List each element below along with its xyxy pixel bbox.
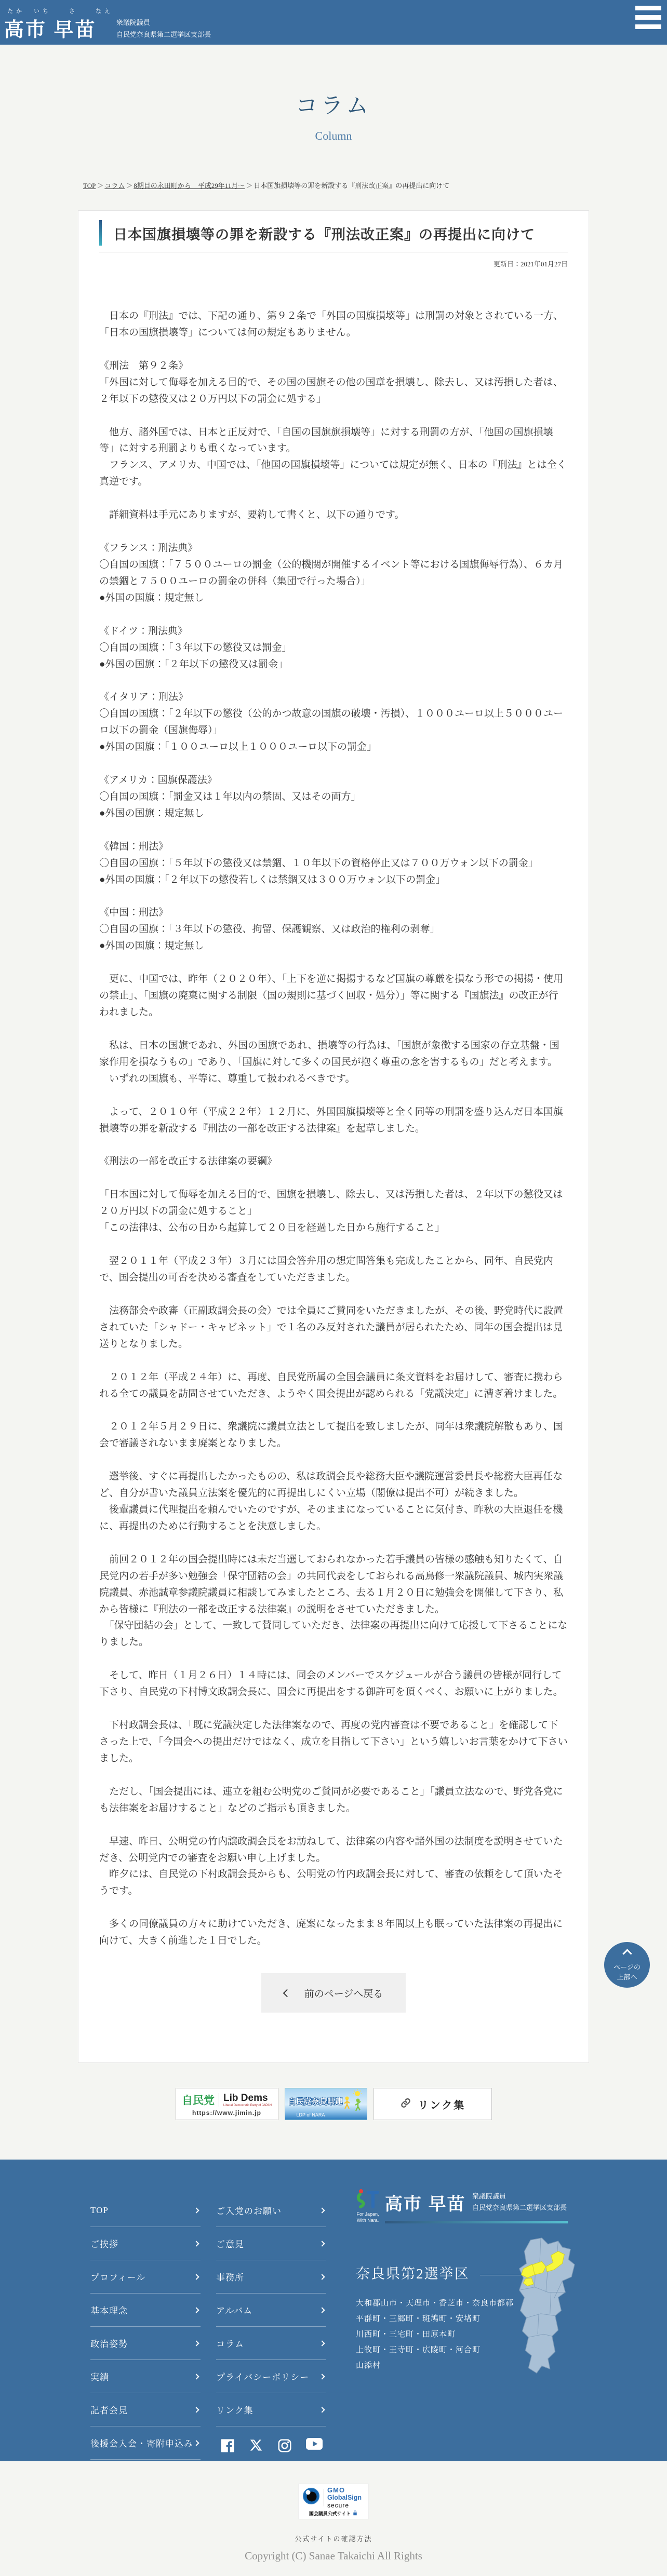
footer-nav-item[interactable]: コラム bbox=[216, 2327, 326, 2360]
footer-nav-item[interactable]: 事務所 bbox=[216, 2260, 326, 2294]
footer-nav-label: リンク集 bbox=[216, 2403, 254, 2416]
breadcrumb-separator: ＞ bbox=[126, 182, 132, 190]
article-paragraph: 多くの同僚議員の方々に助けていただき、廃案になったまま８年間以上も眠っていた法律… bbox=[99, 1916, 568, 1949]
nara-district-map bbox=[505, 2236, 577, 2383]
footer-nav-label: 事務所 bbox=[216, 2270, 244, 2283]
hamburger-bar bbox=[635, 24, 661, 29]
breadcrumb: TOP＞コラム＞8期目の永田町から 平成29年11月～＞日本国旗損壊等の罪を新設… bbox=[83, 180, 667, 190]
footer-nav-item[interactable]: ご意見 bbox=[216, 2227, 326, 2260]
official-site-verify-link[interactable]: 公式サイトの確認方法 bbox=[0, 2533, 667, 2543]
chevron-right-icon bbox=[193, 2207, 199, 2213]
site-logo[interactable]: 高市 早苗 bbox=[4, 14, 97, 42]
back-to-top-label-line1: ページの bbox=[613, 1963, 641, 1971]
footer-logo-name[interactable]: 高市 早苗 bbox=[385, 2190, 465, 2215]
footer-nav-item[interactable]: リンク集 bbox=[216, 2393, 326, 2426]
page: たか いち さ なえ 高市 早苗 衆議院議員 自民党奈良県第二選挙区支部長 コラ… bbox=[0, 0, 667, 2576]
article-paragraph: 《フランス：刑法典》 〇自国の国旗：「７５００ユーロの罰金（公的機関が開催するイ… bbox=[99, 540, 568, 606]
footer-logo-subtitle-line1: 衆議院議員 bbox=[472, 2191, 567, 2202]
district-areas: 大和郡山市・天理市・香芝市・奈良市都祁平群町・三郷町・斑鳩町・安堵町川西町・三宅… bbox=[356, 2296, 514, 2373]
footer-logo-subtitle-line2: 自民党奈良県第二選挙区支部長 bbox=[472, 2202, 567, 2214]
footer-nav-label: プロフィール bbox=[90, 2270, 145, 2283]
banner-link-collection[interactable]: リンク集 bbox=[373, 2088, 492, 2120]
footer-nav-label: ご入党のお願い bbox=[216, 2204, 282, 2217]
x-twitter-icon[interactable] bbox=[249, 2438, 263, 2456]
footer-logo-gradient-line bbox=[385, 2221, 568, 2223]
article-paragraph: 他方、諸外国では、日本と正反対で、「自国の国旗旗損壊等」に対する刑罰の方が、「他… bbox=[99, 424, 568, 491]
link-icon bbox=[399, 2097, 412, 2112]
gmo-brand: GMO bbox=[327, 2487, 362, 2493]
footer-nav-label: ご挨拶 bbox=[90, 2237, 118, 2250]
footer-nav-label: 後援会入会・寄附申込み bbox=[90, 2436, 193, 2449]
back-to-previous-page-button[interactable]: 前のページへ戻る bbox=[261, 1973, 406, 2013]
footer-nav-item[interactable]: プロフィール bbox=[90, 2260, 201, 2294]
district-area-line: 山添村 bbox=[356, 2358, 514, 2373]
chevron-right-icon bbox=[319, 2274, 325, 2280]
article-date: 更新日：2021年01月27日 bbox=[99, 259, 568, 268]
chevron-right-icon bbox=[193, 2307, 199, 2313]
logo-subtitle: 衆議院議員 自民党奈良県第二選挙区支部長 bbox=[116, 17, 211, 41]
footer-nav-right: ご入党のお願いご意見事務所アルバムコラムプライバシーポリシーリンク集 bbox=[216, 2194, 326, 2456]
article-paragraph: ２０１２年５月２９日に、衆議院に議員立法として提出を致しましたが、同年は衆議院解… bbox=[99, 1419, 568, 1452]
article-paragraph: 《韓国：刑法》 〇自国の国旗：「５年以下の懲役又は禁錮、１０年以下の資格停止又は… bbox=[99, 839, 568, 888]
article-paragraph: そして、昨日（１月２６日）１４時には、同会のメンバーでスケジュールが合う議員の皆… bbox=[99, 1667, 568, 1701]
footer-logo-subtitle: 衆議院議員 自民党奈良県第二選挙区支部長 bbox=[472, 2191, 567, 2214]
ldp-logo-text: 自民党 bbox=[182, 2092, 215, 2108]
youtube-icon[interactable] bbox=[306, 2438, 323, 2456]
link-collection-label: リンク集 bbox=[418, 2097, 466, 2112]
chevron-right-icon bbox=[193, 2274, 199, 2280]
chevron-right-icon bbox=[319, 2207, 325, 2213]
banner-ldp-nara[interactable]: 自民党奈良県連 LDP of NARA bbox=[285, 2088, 367, 2120]
footer-nav-left: TOPご挨拶プロフィール基本理念政治姿勢実績記者会見後援会入会・寄附申込み bbox=[90, 2194, 201, 2460]
article-paragraph: 更に、中国では、昨年（２０２０年）、「上下を逆に掲揚するなど国旗の尊厳を損なう形… bbox=[99, 971, 568, 1021]
district-area-line: 川西町・三宅町・田原本町 bbox=[356, 2327, 514, 2342]
sun-and-figures-illustration bbox=[341, 2089, 366, 2115]
footer-nav-item[interactable]: 後援会入会・寄附申込み bbox=[90, 2426, 201, 2460]
gmo-globalsign-seal[interactable]: GMO GlobalSign secure 国会議員公式サイト bbox=[299, 2484, 368, 2519]
article-card: 日本国旗損壊等の罪を新設する『刑法改正案』の再提出に向けて 更新日：2021年0… bbox=[78, 210, 589, 2063]
article-paragraph: 《刑法の一部を改正する法律案の要綱》 bbox=[99, 1153, 568, 1170]
title-accent-bar bbox=[99, 220, 102, 246]
page-title-section: コラム Column bbox=[0, 45, 667, 143]
article-paragraph: 早速、昨日、公明党の竹内譲政調会長をお訪ねして、法律案の内容や諸外国の法制度を説… bbox=[99, 1833, 568, 1900]
article-paragraph: 私は、日本の国旗であれ、外国の国旗であれ、損壊等の行為は、「国旗が象徴する国家の… bbox=[99, 1037, 568, 1087]
hamburger-bar bbox=[635, 15, 661, 20]
logo-subtitle-line1: 衆議院議員 bbox=[116, 17, 211, 29]
article-paragraph: 《イタリア：刑法》 〇自国の国旗：「２年以下の懲役（公的かつ故意の国旗の破壊・汚… bbox=[99, 689, 568, 756]
district-title: 奈良県第2選挙区 bbox=[356, 2262, 530, 2283]
site-header: たか いち さ なえ 高市 早苗 衆議院議員 自民党奈良県第二選挙区支部長 bbox=[0, 0, 667, 45]
article-paragraph: 翌２０１１年（平成２３年）３月には国会答弁用の想定問答集も完成したことから、同年… bbox=[99, 1253, 568, 1286]
article-paragraph: 下村政調会長は、「既に党議決定した法律案なので、再度の党内審査は不要であること」… bbox=[99, 1717, 568, 1767]
footer-nav-label: プライバシーポリシー bbox=[216, 2370, 309, 2383]
breadcrumb-link[interactable]: コラム bbox=[104, 182, 125, 190]
page-title: コラム bbox=[0, 88, 667, 120]
article-body: 日本の『刑法』では、下記の通り、第９２条で「外国の国旗損壊等」は刑罰の対象とされ… bbox=[99, 268, 568, 1949]
footer-nav-item[interactable]: 記者会見 bbox=[90, 2393, 201, 2426]
article-paragraph: 《アメリカ：国旗保護法》 〇自国の国旗：「罰金又は１年以内の禁固、又はその両方」… bbox=[99, 772, 568, 822]
chevron-right-icon bbox=[319, 2241, 325, 2246]
footer-nav-item[interactable]: プライバシーポリシー bbox=[216, 2360, 326, 2393]
chevron-right-icon bbox=[193, 2407, 199, 2412]
breadcrumb-separator: ＞ bbox=[246, 182, 252, 190]
article-paragraph: ただし、「国会提出には、連立を組む公明党のご賛同が必要であること」「議員立法なの… bbox=[99, 1784, 568, 1817]
footer-nav-item[interactable]: 実績 bbox=[90, 2360, 201, 2393]
back-button-label: 前のページへ戻る bbox=[304, 1986, 383, 2000]
footer-nav-item[interactable]: 政治姿勢 bbox=[90, 2327, 201, 2360]
copyright: Copyright (C) Sanae Takaichi All Rights bbox=[0, 2550, 667, 2562]
article-paragraph: 法務部会や政審（正副政調会長の会）では全員にご賛同をいただきましたが、その後、野… bbox=[99, 1303, 568, 1353]
footer-nav-label: 記者会見 bbox=[90, 2403, 128, 2416]
chevron-right-icon bbox=[193, 2241, 199, 2246]
article-paragraph: 日本の『刑法』では、下記の通り、第９２条で「外国の国旗損壊等」は刑罰の対象とされ… bbox=[99, 308, 568, 341]
footer-nav-item[interactable]: TOP bbox=[90, 2194, 201, 2227]
hamburger-menu-icon[interactable] bbox=[635, 6, 661, 31]
social-icons-row bbox=[216, 2426, 326, 2456]
footer-nav-label: ご意見 bbox=[216, 2237, 244, 2250]
libdems-text: Lib Dems bbox=[223, 2093, 272, 2103]
footer-nav-item[interactable]: ご挨拶 bbox=[90, 2227, 201, 2260]
article-paragraph: よって、２０１０年（平成２２年）１２月に、外国国旗損壊等と全く同等の刑罰を盛り込… bbox=[99, 1104, 568, 1137]
article-paragraph: 「日本国に対して侮辱を加える目的で、国旗を損壊し、除去し、又は汚損した者は、２年… bbox=[99, 1186, 568, 1236]
chevron-right-icon bbox=[193, 2440, 199, 2446]
chevron-right-icon bbox=[319, 2340, 325, 2346]
divider bbox=[219, 2093, 219, 2107]
footer-nav-label: アルバム bbox=[216, 2303, 252, 2316]
st-mark-caption: For Japan, With Nara. bbox=[356, 2211, 380, 2223]
breadcrumb-current: 日本国旗損壊等の罪を新設する『刑法改正案』の再提出に向けて bbox=[254, 182, 449, 190]
footer-nav-item[interactable]: 基本理念 bbox=[90, 2294, 201, 2327]
back-to-top-label-line2: 上部へ bbox=[617, 1973, 637, 1981]
footer-nav-item[interactable]: アルバム bbox=[216, 2294, 326, 2327]
facebook-icon[interactable] bbox=[220, 2438, 235, 2456]
article-paragraph: ２０１２年（平成２４年）に、再度、自民党所属の全国会議員に条文資料をお届けして、… bbox=[99, 1369, 568, 1402]
district-area-line: 上牧町・王寺町・広陵町・河合町 bbox=[356, 2342, 514, 2358]
footer-nav-label: 政治姿勢 bbox=[90, 2337, 128, 2350]
article-paragraph: 《中国：刑法》 〇自国の国旗：「３年以下の懲役、拘留、保護観察、又は政治的権利の… bbox=[99, 905, 568, 954]
official-site-caption: 国会議員公式サイト bbox=[309, 2510, 351, 2517]
article-paragraph: 《ドイツ：刑法典》 〇自国の国旗：「３年以下の懲役又は罰金」 ●外国の国旗：「２… bbox=[99, 623, 568, 673]
chevron-right-icon bbox=[193, 2373, 199, 2379]
footer-nav-label: 実績 bbox=[90, 2370, 109, 2383]
district-area-line: 平群町・三郷町・斑鳩町・安堵町 bbox=[356, 2311, 514, 2327]
article-paragraph: 詳細資料は手元にありますが、要約して書くと、以下の通りです。 bbox=[99, 507, 568, 523]
article-paragraph: 《刑法 第９２条》 「外国に対して侮辱を加える目的で、その国の国旗その他の国章を… bbox=[99, 358, 568, 408]
footer-nav-label: コラム bbox=[216, 2337, 244, 2350]
instagram-icon[interactable] bbox=[277, 2438, 292, 2456]
footer-nav-label: 基本理念 bbox=[90, 2303, 128, 2316]
chevron-up-icon bbox=[622, 1949, 632, 1958]
bottom-strip: GMO GlobalSign secure 国会議員公式サイト 公式サイトの確認… bbox=[0, 2461, 667, 2576]
footer-nav-item[interactable]: ご入党のお願い bbox=[216, 2194, 326, 2227]
hamburger-bar bbox=[635, 6, 661, 10]
article-paragraph: 選挙後、すぐに再提出したかったものの、私は政調会長や総務大臣や議院運営委員長や総… bbox=[99, 1468, 568, 1535]
divider bbox=[324, 2489, 324, 2506]
banner-ldp-japan[interactable]: 自民党 Lib Dems Liberal Democratic Party of… bbox=[176, 2088, 278, 2120]
logo-subtitle-line2: 自民党奈良県第二選挙区支部長 bbox=[116, 29, 211, 41]
ldp-nara-text: 自民党奈良県連 bbox=[288, 2096, 343, 2107]
libdems-subtext: Liberal Democratic Party of JAPAN bbox=[223, 2104, 272, 2107]
chevron-right-icon bbox=[319, 2373, 325, 2379]
secure-label: secure bbox=[327, 2502, 362, 2508]
globalsign-label: GlobalSign bbox=[327, 2494, 362, 2501]
article-title: 日本国旗損壊等の罪を新設する『刑法改正案』の再提出に向けて bbox=[113, 223, 568, 244]
chevron-right-icon bbox=[193, 2340, 199, 2346]
breadcrumb-separator: ＞ bbox=[97, 182, 103, 190]
back-to-top-button[interactable]: ページの 上部へ bbox=[604, 1942, 650, 1988]
breadcrumb-link[interactable]: TOP bbox=[83, 182, 96, 190]
footer-nav-label: TOP bbox=[90, 2205, 109, 2216]
article-paragraph: 前回２０１２年の国会提出時には未だ当選しておられなかった若手議員の皆様の感触も知… bbox=[99, 1552, 568, 1651]
lock-icon bbox=[352, 2510, 358, 2517]
article-title-block: 日本国旗損壊等の罪を新設する『刑法改正案』の再提出に向けて bbox=[99, 216, 568, 252]
globalsign-eye-icon bbox=[302, 2487, 321, 2508]
district-area-line: 大和郡山市・天理市・香芝市・奈良市都祁 bbox=[356, 2296, 514, 2311]
chevron-right-icon bbox=[319, 2307, 325, 2313]
ldp-nara-subtext: LDP of NARA bbox=[297, 2112, 325, 2118]
page-subtitle: Column bbox=[0, 129, 667, 143]
banner-row: 自民党 Lib Dems Liberal Democratic Party of… bbox=[0, 2088, 667, 2120]
chevron-left-icon bbox=[283, 1989, 291, 1997]
st-mark-icon: For Japan, With Nara. bbox=[356, 2189, 380, 2223]
ldp-url: https://www.jimin.jp bbox=[176, 2109, 278, 2116]
footer: TOPご挨拶プロフィール基本理念政治姿勢実績記者会見後援会入会・寄附申込み ご入… bbox=[0, 2160, 667, 2461]
breadcrumb-link[interactable]: 8期目の永田町から 平成29年11月～ bbox=[134, 182, 245, 190]
chevron-right-icon bbox=[319, 2407, 325, 2412]
